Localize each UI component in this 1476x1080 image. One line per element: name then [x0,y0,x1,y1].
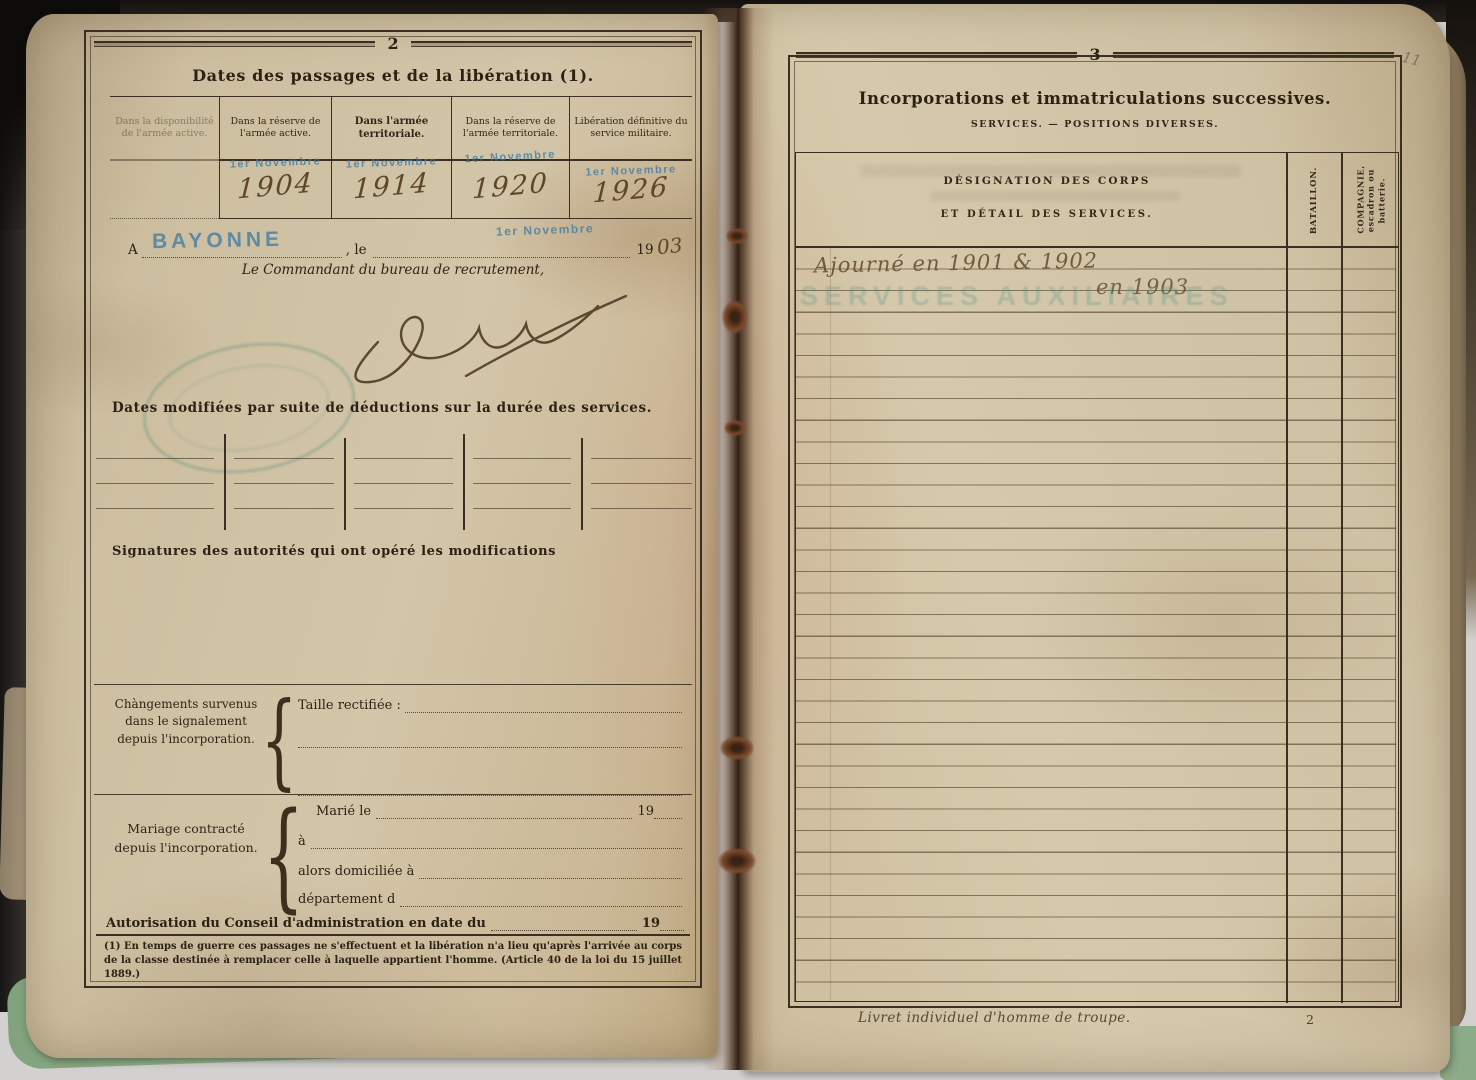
blank-field [376,806,632,819]
blank-field [660,918,684,931]
table-divider [224,434,226,530]
field-label: Taille rectifiée : [298,698,401,713]
compagnie-label: COMPAGNIE, escadron ou batterie. [1355,167,1386,233]
blank-field [400,894,682,907]
blank-lines [354,434,453,530]
domiciled-line: alors domiciliée à [298,864,682,879]
handwritten-year-suffix: 03 [655,233,683,260]
modified-dates-title: Dates modifiées par suite de déductions … [112,400,652,416]
table-divider [463,434,465,530]
right-page-subtitle: SERVICES. — POSITIONS DIVERSES. [790,119,1400,130]
issued-at-label: A [128,242,138,258]
rule-bar [796,52,1077,58]
bataillon-column-header: BATAILLON. [1288,153,1341,248]
column-header: Dans la disponibilité de l'armée active. [110,97,219,161]
corps-header-line1: DÉSIGNATION DES CORPS [826,175,1268,187]
blank-lines [473,434,571,530]
column-value: 1er Novembre 1920 [452,161,569,219]
right-page-number: 3 [1089,45,1100,64]
field-label: Autorisation du Conseil d'administration… [106,916,486,931]
blank-lines [591,434,692,530]
field-label: Marié le [316,804,371,819]
date-stamp: 1er Novembre [496,221,594,238]
services-auxiliaires-stamp: SERVICES AUXILIAIRES [800,281,1270,312]
signature [326,280,646,400]
sheet-number: 2 [1306,1012,1314,1027]
field-label: à [298,834,306,849]
column-header: Dans la réserve de l'armée active. [220,97,331,161]
right-page-frame: 3 Incorporations et immatriculations suc… [788,55,1402,1008]
bataillon-label: BATAILLON. [1309,167,1320,234]
blank-field [491,918,637,931]
blank-field [419,866,682,879]
blank-lines [234,434,334,530]
table-divider [581,438,583,530]
column-header: Libération définitive du service militai… [570,97,692,161]
left-page-title: Dates des passages et de la libération (… [86,66,700,85]
field-label: département d [298,892,395,907]
stitch-hole [718,848,756,874]
handwritten-year: 1920 [451,166,569,207]
rule-bar [411,41,692,47]
rule-bar [94,41,375,47]
footnote-text: (1) En temps de guerre ces passages ne s… [104,940,682,982]
marriage-label: Mariage contracté depuis l'incorporation… [110,820,262,858]
place-stamp: BAYONNE [152,227,283,253]
changes-label: Chàngements survenus dans le signalement… [110,696,262,748]
place-field: BAYONNE [142,245,342,259]
section-divider [94,684,692,685]
handwritten-entry-1: Ajourné en 1901 & 1902 [814,249,1098,278]
blank-field [405,700,682,713]
ruled-lines-body [796,248,1396,1001]
column-value [110,161,219,219]
passages-table: Dans la disponibilité de l'armée active.… [110,96,692,219]
blank-field [654,806,682,819]
blank-field [298,732,682,748]
left-page-frame: 2 Dates des passages et de la libération… [84,30,702,988]
authorization-line: Autorisation du Conseil d'administration… [106,916,684,931]
passages-column-liberation: Libération définitive du service militai… [570,97,692,219]
section-divider [94,794,692,795]
signatures-title: Signatures des autorités qui ont opéré l… [112,544,556,559]
right-page-number-rule: 3 [796,45,1394,64]
blank-field [311,836,682,849]
corps-header-line2: ET DÉTAIL DES SERVICES. [826,209,1268,220]
year-century: 19 [642,916,660,931]
date-field: 1er Novembre [373,245,631,259]
footnote-block: (1) En temps de guerre ces passages ne s… [96,934,690,982]
left-page-number-rule: 2 [94,34,692,53]
stitch-hole [724,420,746,436]
services-table: DÉSIGNATION DES CORPS ET DÉTAIL DES SERV… [795,152,1399,1002]
commandant-caption: Le Commandant du bureau de recrutement, [86,262,700,278]
department-line: département d [298,892,682,907]
deduction-table [96,434,692,530]
left-page-number: 2 [387,34,398,53]
married-on-line: Marié le 19 [316,804,682,819]
brace-glyph: { [261,688,297,792]
height-corrected-line: Taille rectifiée : [298,698,682,713]
rule-bar [1113,52,1394,58]
stitch-hole [726,228,748,244]
year-century: 19 [637,804,654,819]
blank-lines [96,434,214,530]
column-value: 1er Novembre 1926 [570,161,692,219]
issue-place-date-line: A BAYONNE , le 1er Novembre 19 03 [128,234,682,258]
passages-column-reserve-territoriale: Dans la réserve de l'armée territoriale.… [452,97,570,219]
column-header: Dans l'armée territoriale. [332,97,451,161]
passages-column-reserve-active: Dans la réserve de l'armée active. 1er N… [220,97,332,219]
compagnie-column-header: COMPAGNIE, escadron ou batterie. [1343,153,1398,248]
faint-margin-line [830,248,831,1001]
le-label: , le [346,242,367,258]
binding-crease [702,8,774,1070]
year-century: 19 [636,242,653,258]
stitch-hole [720,736,754,760]
married-at-line: à [298,834,682,849]
passages-column-territoriale: Dans l'armée territoriale. 1er Novembre … [332,97,452,219]
booklet-caption: Livret individuel d'homme de troupe. [858,1010,1131,1026]
handwritten-year: 1904 [219,166,331,207]
right-page-title: Incorporations et immatriculations succe… [790,89,1400,108]
column-value: 1er Novembre 1904 [220,161,331,219]
stitch-hole [722,300,748,334]
passages-column-disponibilite: Dans la disponibilité de l'armée active. [110,97,220,219]
column-value: 1er Novembre 1914 [332,161,451,219]
handwritten-year: 1914 [331,166,451,208]
table-divider [344,438,346,530]
field-label: alors domiciliée à [298,864,414,879]
